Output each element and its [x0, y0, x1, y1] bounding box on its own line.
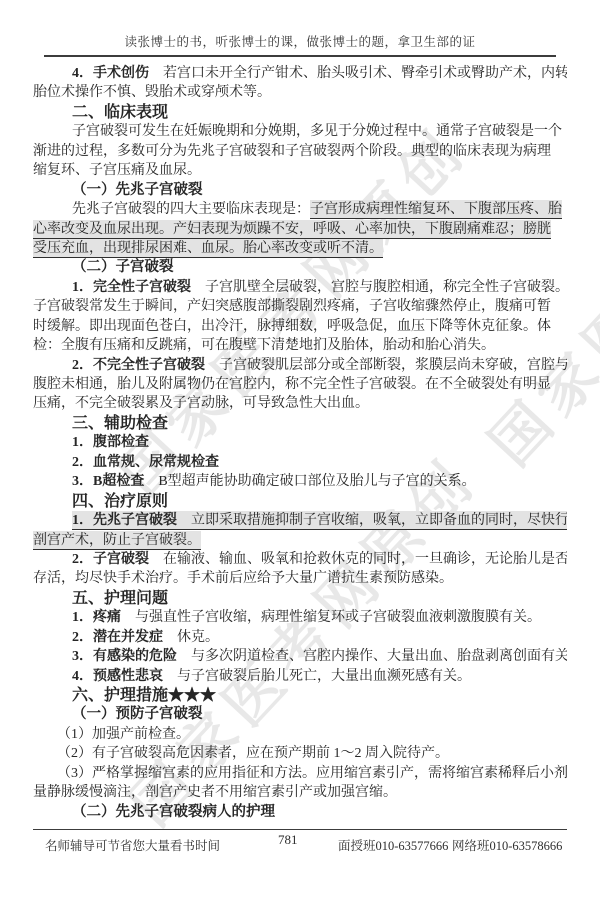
highlighted-text-segment: 心率改变及血尿出现。产妇表现为烦躁不安，呼吸、心率加快，下腹剧痛难忍；膀胱: [33, 220, 551, 239]
text-segment: 4．预感性悲哀: [72, 669, 163, 684]
text-line: （3）严格掌握缩宫素的应用指征和方法。应用缩宫素引产，需将缩宫素稀释后小剂: [33, 764, 567, 783]
highlighted-text-segment: 立即采取措施抑制子宫收缩，吸氧，立即备血的同时，尽快行: [177, 511, 567, 530]
text-segment: 2．不完全性子宫破裂: [72, 358, 205, 373]
text-segment: 2．血常规、尿常规检查: [72, 455, 219, 470]
text-line: 四、治疗原则: [33, 492, 567, 511]
text-line: 二、临床表现: [33, 103, 567, 122]
text-segment: 若宫口未开全行产钳术、胎头吸引术、臀牵引术或臀助产术，内转: [149, 66, 567, 81]
text-segment: 1．完全性子宫破裂: [72, 280, 191, 295]
text-segment: 与子宫破裂后胎儿死亡，大量出血濒死感有关。: [163, 669, 471, 684]
text-segment: 缩复环、子宫压痛及血尿。: [33, 163, 201, 178]
text-segment: 与强直性子宫收缩，病理性缩复环或子宫破裂血液刺激腹膜有关。: [121, 610, 541, 625]
footer-rule: [33, 829, 567, 830]
text-segment: （二）子宫破裂: [72, 259, 174, 275]
text-line: 剖宫产术，防止子宫破裂。: [33, 531, 567, 550]
text-segment: （2）有子宫破裂高危因素者，应在预产期前 1～2 周入院待产。: [57, 746, 449, 761]
text-segment: 3．B超检查: [72, 474, 144, 489]
text-segment: 1．腹部检查: [72, 435, 149, 450]
text-line: 存活，均尽快手术治疗。手术前后应给予大量广谱抗生素预防感染。: [33, 569, 567, 588]
text-segment: 3．有感染的危险: [72, 649, 177, 664]
text-segment: 子宫破裂肌层部分或全部断裂，浆膜层尚未穿破，宫腔与: [205, 358, 567, 373]
highlighted-text-segment: 受压充血，出现排尿困难、血尿。胎心率改变或听不清。: [33, 239, 383, 258]
text-line: （1）加强产前检查。: [33, 725, 567, 744]
text-line: 2．子宫破裂 在输液、输血、吸氧和抢救休克的同时，一旦确诊，无论胎儿是否: [33, 550, 567, 569]
text-segment: 时缓解。即出现面色苍白，出冷汗，脉搏细数，呼吸急促，血压下降等休克征象。体: [33, 319, 551, 334]
page-number: 781: [278, 832, 298, 848]
header-slogan: 读张博士的书，听张博士的课，做张博士的题，拿卫生部的证: [0, 32, 600, 50]
text-segment: 2．子宫破裂: [72, 552, 149, 567]
text-segment: 存活，均尽快手术治疗。手术前后应给予大量广谱抗生素预防感染。: [33, 571, 453, 586]
text-line: 2．血常规、尿常规检查: [33, 453, 567, 472]
footer-phone-onsite: 面授班010-63577666: [338, 836, 448, 854]
text-segment: 先兆子宫破裂的四大主要临床表现是：: [72, 202, 310, 217]
text-segment: 三、辅助检查: [72, 415, 168, 432]
text-segment: 与多次阴道检查、宫腔内操作、大量出血、胎盘剥离创面有关。: [177, 649, 567, 664]
text-segment: 子宫破裂常发生于瞬间，产妇突感腹部撕裂剧烈疼痛，子宫收缩骤然停止，腹痛可暂: [33, 299, 551, 314]
text-line: 4．预感性悲哀 与子宫破裂后胎儿死亡，大量出血濒死感有关。: [33, 667, 567, 686]
text-line: 压痛，不完全破裂累及子宫动脉，可导致急性大出血。: [33, 394, 567, 413]
text-segment: 腹腔未相通，胎儿及附属物仍在宫腔内，称不完全性子宫破裂。在不全破裂处有明显: [33, 377, 551, 392]
text-line: 腹腔未相通，胎儿及附属物仍在宫腔内，称不完全性子宫破裂。在不全破裂处有明显: [33, 375, 567, 394]
text-line: 3．有感染的危险 与多次阴道检查、宫腔内操作、大量出血、胎盘剥离创面有关。: [33, 647, 567, 666]
highlighted-text-segment: 剖宫产术，防止子宫破裂。: [33, 531, 201, 550]
text-segment: （3）严格掌握缩宫素的应用指征和方法。应用缩宫素引产，需将缩宫素稀释后小剂: [57, 766, 567, 781]
text-line: （一）先兆子宫破裂: [33, 181, 567, 200]
text-line: 3．B超检查 B型超声能协助确定破口部位及胎儿与子宫的关系。: [33, 472, 567, 491]
text-line: 缩复环、子宫压痛及血尿。: [33, 161, 567, 180]
header-rule: [44, 55, 556, 57]
text-line: 六、护理措施★★★: [33, 686, 567, 705]
text-line: 1．腹部检查: [33, 433, 567, 452]
footer-phone-online: 网络班010-63578666: [452, 836, 562, 854]
highlighted-text-segment: 1．先兆子宫破裂: [72, 511, 177, 530]
text-segment: 子宫破裂可发生在妊娠晚期和分娩期，多见于分娩过程中。通常子宫破裂是一个: [72, 124, 562, 139]
text-line: 心率改变及血尿出现。产妇表现为烦躁不安，呼吸、心率加快，下腹剧痛难忍；膀胱: [33, 220, 567, 239]
text-segment: B型超声能协助确定破口部位及胎儿与子宫的关系。: [144, 474, 475, 489]
text-line: 五、护理问题: [33, 589, 567, 608]
text-segment: （二）先兆子宫破裂病人的护理: [72, 804, 275, 820]
footer-slogan: 名师辅导可节省您大量看书时间: [45, 836, 220, 854]
text-line: 渐进的过程，多数可分为先兆子宫破裂和子宫破裂两个阶段。典型的临床表现为病理: [33, 142, 567, 161]
text-segment: 四、治疗原则: [72, 493, 168, 510]
text-line: 量静脉缓慢滴注，剖宫产史者不用缩宫素引产或加强宫缩。: [33, 783, 567, 802]
text-line: 检：全腹有压痛和反跳痛，可在腹壁下清楚地扪及胎体，胎动和胎心消失。: [33, 336, 567, 355]
text-line: 胎位术操作不慎、毁胎术或穿颅术等。: [33, 83, 567, 102]
text-line: 先兆子宫破裂的四大主要临床表现是：子宫形成病理性缩复环、下腹部压疼、胎: [33, 200, 567, 219]
text-line: 时缓解。即出现面色苍白，出冷汗，脉搏细数，呼吸急促，血压下降等休克征象。体: [33, 317, 567, 336]
text-line: （2）有子宫破裂高危因素者，应在预产期前 1～2 周入院待产。: [33, 744, 567, 763]
text-line: 4．手术创伤 若宫口未开全行产钳术、胎头吸引术、臀牵引术或臀助产术，内转: [33, 64, 567, 83]
text-segment: 4．手术创伤: [72, 66, 149, 81]
highlighted-text-segment: 子宫形成病理性缩复环、下腹部压疼、胎: [310, 200, 562, 219]
textbook-page: 国家医考网原创 国家医考网原创 国家医考网原创 读张博士的书，听张博士的课，做张…: [0, 0, 600, 912]
text-segment: 2．潜在并发症: [72, 630, 163, 645]
text-segment: 渐进的过程，多数可分为先兆子宫破裂和子宫破裂两个阶段。典型的临床表现为病理: [33, 144, 551, 159]
text-line: 受压充血，出现排尿困难、血尿。胎心率改变或听不清。: [33, 239, 567, 258]
text-segment: 休克。: [163, 630, 219, 645]
text-segment: 五、护理问题: [72, 590, 168, 607]
text-line: 1．完全性子宫破裂 子宫肌壁全层破裂，宫腔与腹腔相通，称完全性子宫破裂。: [33, 278, 567, 297]
text-line: 2．不完全性子宫破裂 子宫破裂肌层部分或全部断裂，浆膜层尚未穿破，宫腔与: [33, 356, 567, 375]
text-segment: 子宫肌壁全层破裂，宫腔与腹腔相通，称完全性子宫破裂。: [191, 280, 567, 295]
text-segment: 压痛，不完全破裂累及子宫动脉，可导致急性大出血。: [33, 396, 369, 411]
document-body: 4．手术创伤 若宫口未开全行产钳术、胎头吸引术、臀牵引术或臀助产术，内转胎位术操…: [33, 64, 567, 822]
text-segment: 在输液、输血、吸氧和抢救休克的同时，一旦确诊，无论胎儿是否: [149, 552, 567, 567]
text-line: 子宫破裂可发生在妊娠晚期和分娩期，多见于分娩过程中。通常子宫破裂是一个: [33, 122, 567, 141]
text-line: （二）子宫破裂: [33, 258, 567, 277]
text-segment: 1．疼痛: [72, 610, 121, 625]
text-segment: 二、临床表现: [72, 104, 168, 121]
text-line: 2．潜在并发症 休克。: [33, 628, 567, 647]
text-segment: 六、护理措施★★★: [72, 687, 216, 704]
text-segment: 检：全腹有压痛和反跳痛，可在腹壁下清楚地扪及胎体，胎动和胎心消失。: [33, 338, 495, 353]
text-segment: 胎位术操作不慎、毁胎术或穿颅术等。: [33, 85, 271, 100]
text-segment: （一）先兆子宫破裂: [72, 182, 203, 198]
text-segment: （一）预防子宫破裂: [72, 706, 203, 722]
text-line: 子宫破裂常发生于瞬间，产妇突感腹部撕裂剧烈疼痛，子宫收缩骤然停止，腹痛可暂: [33, 297, 567, 316]
text-line: 1．先兆子宫破裂 立即采取措施抑制子宫收缩，吸氧，立即备血的同时，尽快行: [33, 511, 567, 530]
text-line: 1．疼痛 与强直性子宫收缩，病理性缩复环或子宫破裂血液刺激腹膜有关。: [33, 608, 567, 627]
text-line: （一）预防子宫破裂: [33, 705, 567, 724]
text-segment: 量静脉缓慢滴注，剖宫产史者不用缩宫素引产或加强宫缩。: [33, 785, 397, 800]
text-segment: （1）加强产前检查。: [57, 727, 190, 742]
text-line: 三、辅助检查: [33, 414, 567, 433]
text-line: （二）先兆子宫破裂病人的护理: [33, 803, 567, 822]
